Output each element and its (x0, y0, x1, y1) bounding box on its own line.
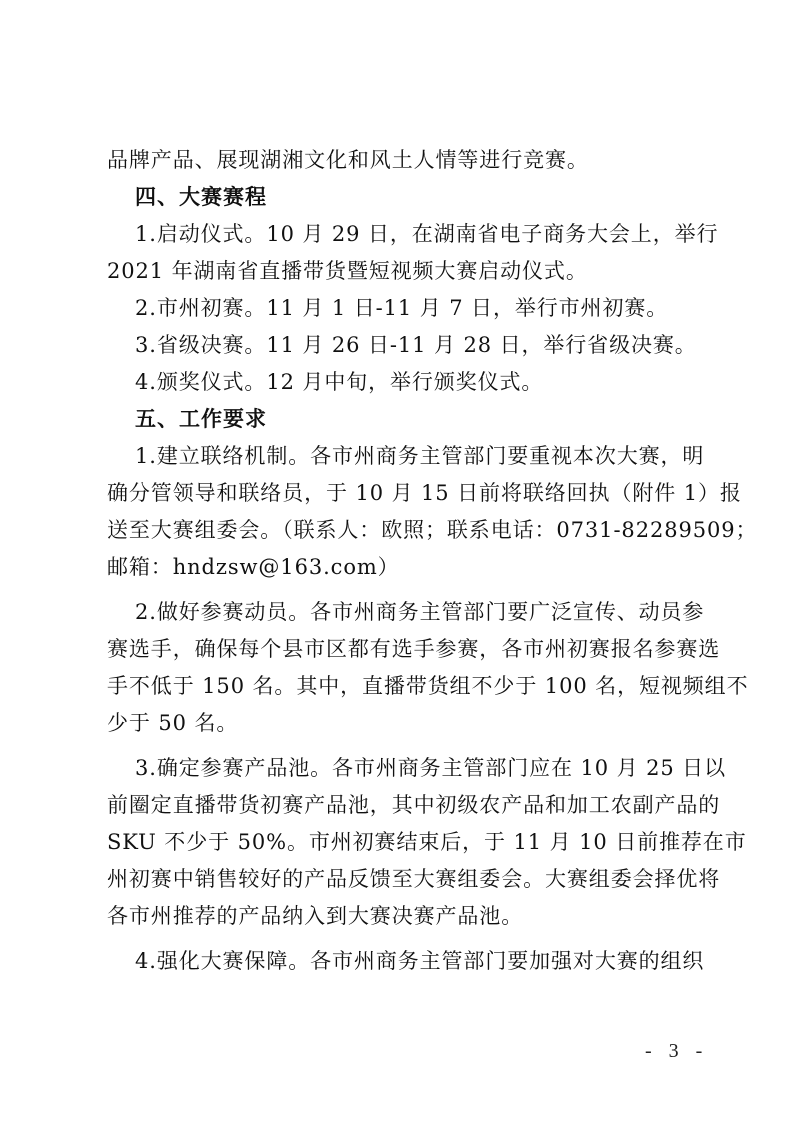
requirement-2-line-2: 赛选手，确保每个县市区都有选手参赛，各市州初赛报名参赛选 (107, 631, 693, 668)
requirement-3-paragraph: 3.确定参赛产品池。各市州商务主管部门应在 10 月 25 日以 前圈定直播带货… (107, 750, 693, 935)
requirement-3-line-5: 各市州推荐的产品纳入到大赛决赛产品池。 (107, 898, 693, 935)
requirement-1-line-2: 确分管领导和联络员，于 10 月 15 日前将联络回执（附件 1）报 (107, 475, 693, 512)
schedule-item-2: 2.市州初赛。11 月 1 日-11 月 7 日，举行市州初赛。 (107, 290, 693, 327)
schedule-item-4: 4.颁奖仪式。12 月中旬，举行颁奖仪式。 (107, 364, 693, 401)
requirement-1-paragraph: 1.建立联络机制。各市州商务主管部门要重视本次大赛，明 确分管领导和联络员，于 … (107, 438, 693, 586)
schedule-item-3: 3.省级决赛。11 月 26 日-11 月 28 日，举行省级决赛。 (107, 327, 693, 364)
page-number: - 3 - (645, 1040, 708, 1063)
section-heading-schedule: 四、大赛赛程 (107, 179, 693, 216)
paragraph-continuation: 品牌产品、展现湖湘文化和风土人情等进行竞赛。 (107, 142, 693, 179)
requirement-4-line-1: 4.强化大赛保障。各市州商务主管部门要加强对大赛的组织 (107, 943, 693, 980)
requirement-3-line-3: SKU 不少于 50%。市州初赛结束后，于 11 月 10 日前推荐在市 (107, 824, 693, 861)
requirement-4-paragraph: 4.强化大赛保障。各市州商务主管部门要加强对大赛的组织 (107, 943, 693, 980)
requirement-2-line-4: 少于 50 名。 (107, 705, 693, 742)
requirement-1-line-3: 送至大赛组委会。（联系人：欧照；联系电话：0731-82289509； (107, 512, 693, 549)
requirement-2-paragraph: 2.做好参赛动员。各市州商务主管部门要广泛宣传、动员参 赛选手，确保每个县市区都… (107, 594, 693, 742)
requirement-1-line-4: 邮箱：hndzsw@163.com） (107, 549, 693, 586)
schedule-item-1-line-2: 2021 年湖南省直播带货暨短视频大赛启动仪式。 (107, 253, 693, 290)
document-page: 品牌产品、展现湖湘文化和风土人情等进行竞赛。 四、大赛赛程 1.启动仪式。10 … (107, 142, 693, 980)
requirement-3-line-4: 州初赛中销售较好的产品反馈至大赛组委会。大赛组委会择优将 (107, 861, 693, 898)
requirement-2-line-3: 手不低于 150 名。其中，直播带货组不少于 100 名，短视频组不 (107, 668, 693, 705)
schedule-item-1-line-1: 1.启动仪式。10 月 29 日，在湖南省电子商务大会上，举行 (107, 216, 693, 253)
requirement-2-line-1: 2.做好参赛动员。各市州商务主管部门要广泛宣传、动员参 (107, 594, 693, 631)
requirement-3-line-1: 3.确定参赛产品池。各市州商务主管部门应在 10 月 25 日以 (107, 750, 693, 787)
section-heading-requirements: 五、工作要求 (107, 401, 693, 438)
requirement-3-line-2: 前圈定直播带货初赛产品池，其中初级农产品和加工农副产品的 (107, 787, 693, 824)
requirement-1-line-1: 1.建立联络机制。各市州商务主管部门要重视本次大赛，明 (107, 438, 693, 475)
